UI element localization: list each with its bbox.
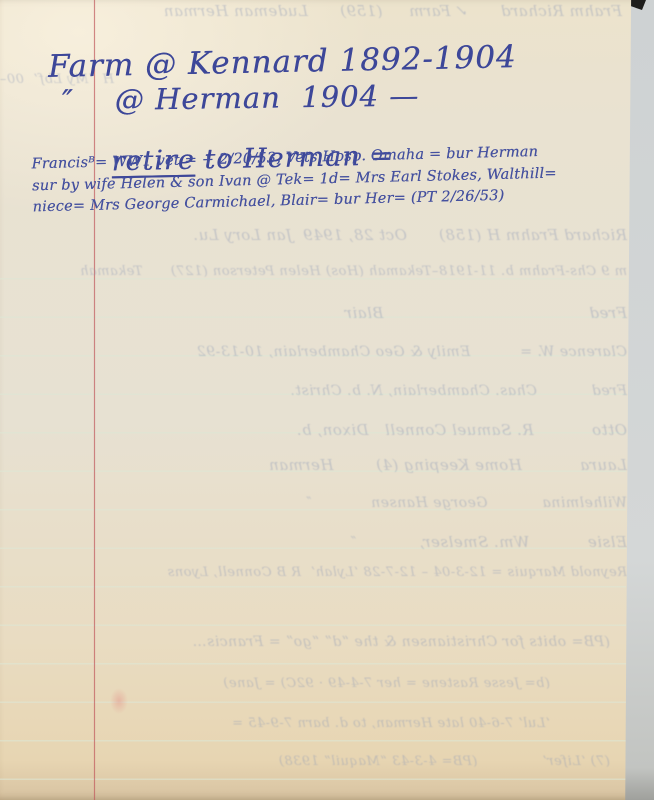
bleedthrough-line: Elsie Wm. Smelser, ″	[15, 533, 627, 551]
bleedthrough-line: Clarence W. = Emily & Geo Chamberlain, 1…	[15, 344, 627, 360]
bleedthrough-line: (7) ‘Lifer’ (PB= 4-3-43 “Maquil” 1938)	[25, 754, 610, 769]
bleedthrough-line: Fred Blair	[15, 304, 627, 322]
bleedthrough-line: m 9 Chs-Frahm b. 11-1918–Tekamah (Hos) H…	[15, 264, 627, 279]
bleedthrough-line: (b= Jesse Rastene = her 7-4-49 · 92C) = …	[60, 676, 550, 691]
bleedthrough-line: (PB= obits for Christiansen & the “d” “g…	[25, 634, 610, 650]
paper-sheet: Frahm Richard ✓ Farm (159) Ludeman Herma…	[0, 0, 654, 800]
bleedthrough-line: Fred Chas. Chamberlain, N. b. Christ.	[15, 383, 627, 399]
obituary-note-block: Francisᴮ= WW1 vet = + 2/20/53, Vets Hosp…	[31, 140, 634, 219]
scanned-notebook-page: Frahm Richard ✓ Farm (159) Ludeman Herma…	[0, 0, 654, 800]
bleedthrough-line: Wilhelmina George Hansen ″	[15, 495, 627, 511]
bleedthrough-line: Frahm Richard ✓ Farm (159) Ludeman Herma…	[30, 2, 622, 20]
ink-smudge	[110, 688, 128, 714]
bleedthrough-line: Laura Home Keeping (4) Herman	[15, 456, 627, 474]
bleedthrough-line: Richard Frahm H (158) Oct 28, 1949 Jan L…	[15, 226, 627, 244]
bleedthrough-line: Otto R. Samuel Connell Dixon, b.	[15, 421, 627, 439]
bleedthrough-line: ‘Lul’ 7-6-40 late Herman, to d. barn 7-9…	[40, 716, 550, 731]
bleedthrough-line: Reynold Marquis = 12-3-04 – 12-7-28 ‘Lyl…	[15, 565, 627, 580]
heading-farm-kennard: Farm @ Kennard 1892-1904	[48, 39, 517, 85]
